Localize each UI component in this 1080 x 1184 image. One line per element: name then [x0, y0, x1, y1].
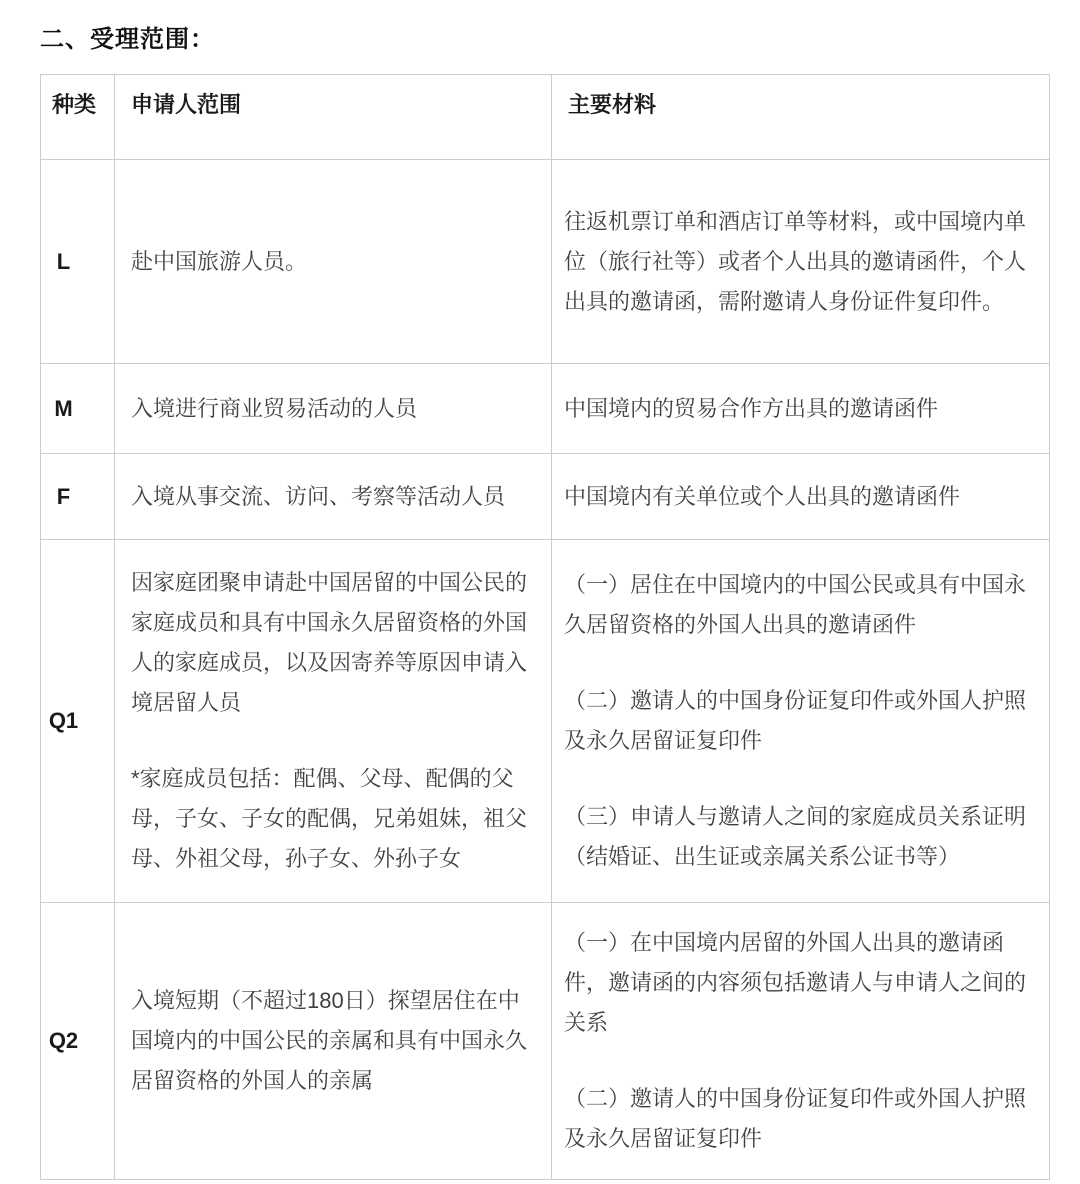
materials-paragraph: （三）申请人与邀请人之间的家庭成员关系证明（结婚证、出生证或亲属关系公证书等） — [564, 797, 1037, 877]
materials-paragraph: （二）邀请人的中国身份证复印件或外国人护照及永久居留证复印件 — [564, 681, 1037, 761]
main-materials-cell: （一）居住在中国境内的中国公民或具有中国永久居留资格的外国人出具的邀请函件 （二… — [552, 540, 1050, 903]
applicant-paragraph: *家庭成员包括：配偶、父母、配偶的父母，子女、子女的配偶，兄弟姐妹，祖父母、外祖… — [131, 759, 535, 879]
main-materials-cell: （一）在中国境内居留的外国人出具的邀请函件，邀请函的内容须包括邀请人与申请人之间… — [552, 903, 1050, 1180]
applicant-scope-cell: 赴中国旅游人员。 — [115, 160, 552, 364]
table-row-L: L 赴中国旅游人员。 往返机票订单和酒店订单等材料，或中国境内单位（旅行社等）或… — [41, 160, 1050, 364]
main-materials-cell: 往返机票订单和酒店订单等材料，或中国境内单位（旅行社等）或者个人出具的邀请函件，… — [552, 160, 1050, 364]
table-header-row: 种类 申请人范围 主要材料 — [41, 75, 1050, 160]
visa-type-label: Q2 — [41, 903, 115, 1180]
table-row-F: F 入境从事交流、访问、考察等活动人员 中国境内有关单位或个人出具的邀请函件 — [41, 454, 1050, 540]
column-header-main-materials: 主要材料 — [552, 75, 1050, 160]
applicant-paragraph: 入境从事交流、访问、考察等活动人员 — [131, 477, 535, 517]
table-row-M: M 入境进行商业贸易活动的人员 中国境内的贸易合作方出具的邀请函件 — [41, 364, 1050, 454]
document: 二、受理范围： 种类 申请人范围 主要材料 L 赴中国旅游人员。 往返机票订单和… — [0, 0, 1080, 1180]
applicant-paragraph: 入境进行商业贸易活动的人员 — [131, 389, 535, 429]
visa-type-label: L — [41, 160, 115, 364]
materials-paragraph: 中国境内有关单位或个人出具的邀请函件 — [564, 477, 1037, 517]
column-header-applicant-scope: 申请人范围 — [115, 75, 552, 160]
materials-paragraph: （一）居住在中国境内的中国公民或具有中国永久居留资格的外国人出具的邀请函件 — [564, 565, 1037, 645]
materials-paragraph: （一）在中国境内居留的外国人出具的邀请函件，邀请函的内容须包括邀请人与申请人之间… — [564, 923, 1037, 1043]
visa-type-label: Q1 — [41, 540, 115, 903]
visa-type-label: F — [41, 454, 115, 540]
visa-acceptance-table: 种类 申请人范围 主要材料 L 赴中国旅游人员。 往返机票订单和酒店订单等材料，… — [40, 74, 1050, 1180]
applicant-scope-cell: 入境从事交流、访问、考察等活动人员 — [115, 454, 552, 540]
applicant-paragraph: 入境短期（不超过180日）探望居住在中国境内的中国公民的亲属和具有中国永久居留资… — [131, 981, 535, 1101]
applicant-scope-cell: 因家庭团聚申请赴中国居留的中国公民的家庭成员和具有中国永久居留资格的外国人的家庭… — [115, 540, 552, 903]
column-header-type: 种类 — [41, 75, 115, 160]
materials-paragraph: 中国境内的贸易合作方出具的邀请函件 — [564, 389, 1037, 429]
applicant-paragraph: 赴中国旅游人员。 — [131, 242, 535, 282]
table-row-Q2: Q2 入境短期（不超过180日）探望居住在中国境内的中国公民的亲属和具有中国永久… — [41, 903, 1050, 1180]
applicant-paragraph: 因家庭团聚申请赴中国居留的中国公民的家庭成员和具有中国永久居留资格的外国人的家庭… — [131, 563, 535, 723]
table-row-Q1: Q1 因家庭团聚申请赴中国居留的中国公民的家庭成员和具有中国永久居留资格的外国人… — [41, 540, 1050, 903]
applicant-scope-cell: 入境进行商业贸易活动的人员 — [115, 364, 552, 454]
main-materials-cell: 中国境内的贸易合作方出具的邀请函件 — [552, 364, 1050, 454]
materials-paragraph: （二）邀请人的中国身份证复印件或外国人护照及永久居留证复印件 — [564, 1079, 1037, 1159]
section-title: 二、受理范围： — [40, 26, 1080, 54]
visa-type-label: M — [41, 364, 115, 454]
main-materials-cell: 中国境内有关单位或个人出具的邀请函件 — [552, 454, 1050, 540]
applicant-scope-cell: 入境短期（不超过180日）探望居住在中国境内的中国公民的亲属和具有中国永久居留资… — [115, 903, 552, 1180]
materials-paragraph: 往返机票订单和酒店订单等材料，或中国境内单位（旅行社等）或者个人出具的邀请函件，… — [564, 202, 1037, 322]
